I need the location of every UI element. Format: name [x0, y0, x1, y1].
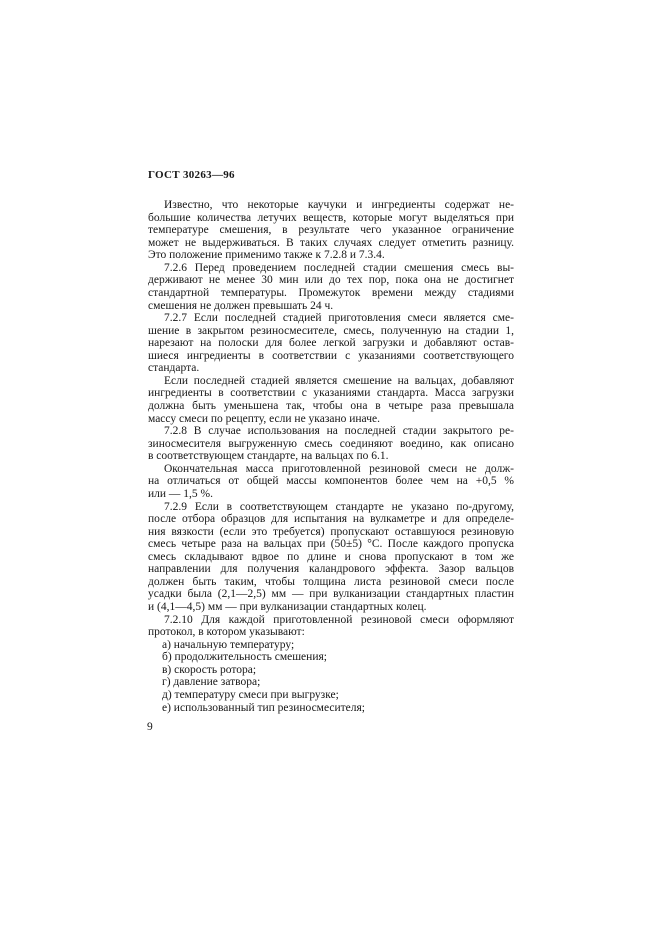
paragraph: 7.2.10 Для каждой приготовленной резинов…	[148, 614, 514, 639]
text-line: температуре смешения, в результате чего …	[148, 224, 514, 237]
text-line: после отбора образцов для испытания на в…	[148, 513, 514, 526]
text-line: Известно, что некоторые каучуки и ингред…	[148, 199, 514, 212]
paragraph: Если последней стадией является смешение…	[148, 375, 514, 425]
paragraph: 7.2.6 Перед проведением последней стадии…	[148, 262, 514, 312]
paragraph: 7.2.8 В случае использования на последне…	[148, 425, 514, 463]
text-line: стандартной температуры. Промежуток врем…	[148, 287, 514, 300]
text-line: 7.2.8 В случае использования на последне…	[148, 425, 514, 438]
text-line: может не выдерживаться. В таких случаях …	[148, 237, 514, 250]
text-line: или — 1,5 %.	[148, 488, 514, 501]
text-line: направлении для получения каландрового э…	[148, 563, 514, 576]
text-line: держивают не менее 30 мин или до тех пор…	[148, 274, 514, 287]
text-line: смесь четыре раза на вальцах при (50±5) …	[148, 538, 514, 551]
text-line: и (4,1—4,5) мм — при вулканизации станда…	[148, 601, 514, 614]
text-line: ния вязкости (если это требуется) пропус…	[148, 526, 514, 539]
text-line: стандарта.	[148, 362, 514, 375]
list-item-line: д) температуру смеси при выгрузке;	[148, 689, 514, 702]
paragraph: Известно, что некоторые каучуки и ингред…	[148, 199, 514, 262]
text-line: 7.2.6 Перед проведением последней стадии…	[148, 262, 514, 275]
list-item-line: в) скорость ротора;	[148, 664, 514, 677]
text-line: шиеся ингредиенты в соответствии с указа…	[148, 350, 514, 363]
document-body: Известно, что некоторые каучуки и ингред…	[148, 199, 514, 714]
text-line: смесь складывают вдвое по длине и снова …	[148, 551, 514, 564]
text-line: шение в закрытом резиносмесителе, смесь,…	[148, 325, 514, 338]
text-line: усадки была (2,1—2,5) мм — при вулканиза…	[148, 588, 514, 601]
list-item-line: е) использованный тип резиносмесителя;	[148, 702, 514, 715]
paragraph: Окончательная масса приготовленной резин…	[148, 463, 514, 501]
text-line: 7.2.7 Если последней стадией приготовлен…	[148, 312, 514, 325]
text-line: в соответствующем стандарте, на вальцах …	[148, 450, 514, 463]
text-line: смешения не должен превышать 24 ч.	[148, 300, 514, 313]
text-line: 7.2.10 Для каждой приготовленной резинов…	[148, 614, 514, 627]
text-line: протокол, в котором указывают:	[148, 626, 514, 639]
document-header: ГОСТ 30263—96	[148, 169, 235, 181]
text-line: большие количества летучих веществ, кото…	[148, 212, 514, 225]
text-line: должен быть таким, чтобы толщина листа р…	[148, 576, 514, 589]
text-line: ингредиенты в соответствии с указаниями …	[148, 387, 514, 400]
page-number: 9	[147, 721, 153, 733]
text-line: 7.2.9 Если в соответствующем стандарте н…	[148, 501, 514, 514]
text-line: зиносмесителя выгруженную смесь соединяю…	[148, 438, 514, 451]
text-line: Окончательная масса приготовленной резин…	[148, 463, 514, 476]
document-page: ГОСТ 30263—96 Известно, что некоторые ка…	[0, 0, 661, 935]
text-line: должна быть уменьшена так, чтобы она в ч…	[148, 400, 514, 413]
text-line: на отличаться от общей массы компонентов…	[148, 475, 514, 488]
text-line: массу смеси по рецепту, если не указано …	[148, 413, 514, 426]
list-paragraph: а) начальную температуру;б) продолжитель…	[148, 639, 514, 714]
list-item-line: г) давление затвора;	[148, 676, 514, 689]
paragraph: 7.2.7 Если последней стадией приготовлен…	[148, 312, 514, 375]
text-line: Если последней стадией является смешение…	[148, 375, 514, 388]
paragraph: 7.2.9 Если в соответствующем стандарте н…	[148, 501, 514, 614]
list-item-line: б) продолжительность смешения;	[148, 651, 514, 664]
text-line: Это положение применимо также к 7.2.8 и …	[148, 249, 514, 262]
list-item-line: а) начальную температуру;	[148, 639, 514, 652]
text-line: нарезают на полоски для более легкой заг…	[148, 337, 514, 350]
